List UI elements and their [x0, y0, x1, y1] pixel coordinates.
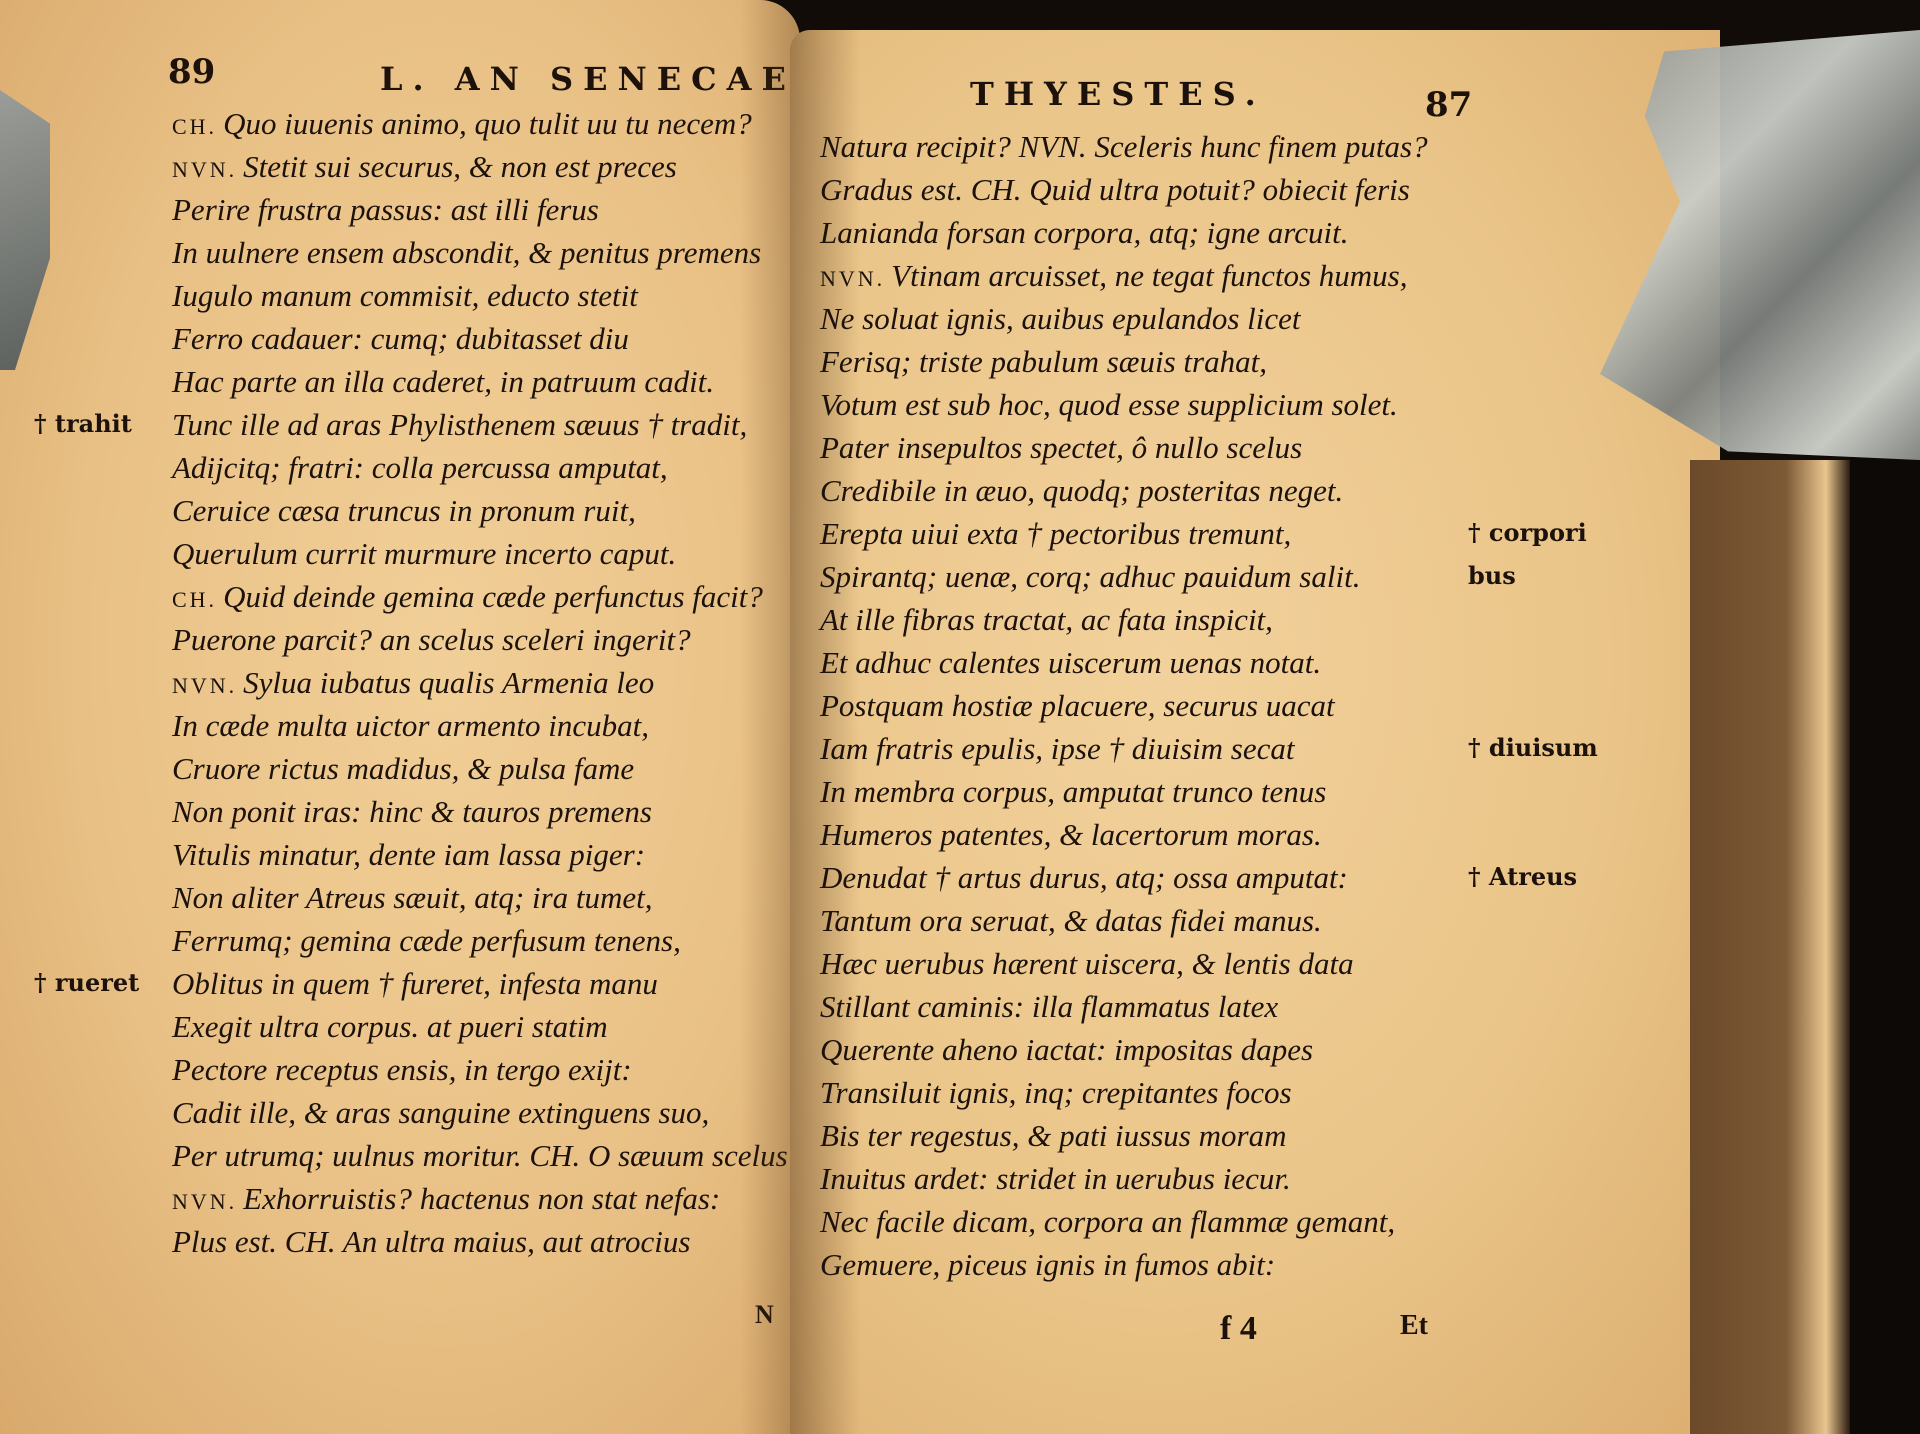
text-line: Pater insepultos spectet, ô nullo scelus [820, 426, 1428, 469]
text-line: Gemuere, piceus ignis in fumos abit: [820, 1243, 1428, 1286]
text-line: Transiluit ignis, inq; crepitantes focos [820, 1071, 1428, 1114]
text-line: Gradus est. CH. Quid ultra potuit? obiec… [820, 168, 1428, 211]
text-line: NVN.Vtinam arcuisset, ne tegat functos h… [820, 254, 1428, 297]
catchword-right: Et [1400, 1310, 1428, 1342]
line-text: In cæde multa uictor armento incubat, [172, 708, 649, 743]
line-text: Stetit sui securus, & non est preces [243, 149, 677, 184]
text-line: Ceruice cæsa truncus in pronum ruit, [172, 489, 788, 532]
text-line: Hæc uerubus hærent uiscera, & lentis dat… [820, 942, 1428, 985]
line-text: Votum est sub hoc, quod esse supplicium … [820, 387, 1398, 422]
margin-note: † trahit [34, 409, 132, 438]
line-text: Natura recipit? NVN. Sceleris hunc finem… [820, 129, 1428, 164]
text-line: CH.Quid deinde gemina cæde perfunctus fa… [172, 575, 788, 618]
speaker-label: NVN. [172, 673, 237, 698]
speaker-label: NVN. [172, 157, 237, 182]
line-text: Sylua iubatus qualis Armenia leo [243, 665, 654, 700]
line-text: Quid deinde gemina cæde perfunctus facit… [223, 579, 763, 614]
line-text: Cruore rictus madidus, & pulsa fame [172, 751, 634, 786]
text-line: Iam fratris epulis, ipse † diuisim secat [820, 727, 1428, 770]
text-line: NVN.Sylua iubatus qualis Armenia leo [172, 661, 788, 704]
text-line: Querulum currit murmure incerto caput. [172, 532, 788, 575]
text-line: Denudat † artus durus, atq; ossa amputat… [820, 856, 1428, 899]
line-text: Et adhuc calentes uiscerum uenas notat. [820, 645, 1321, 680]
line-text: Querente aheno iactat: impositas dapes [820, 1032, 1313, 1067]
text-line: Perire frustra passus: ast illi ferus [172, 188, 788, 231]
page-number-left: 89 [168, 52, 215, 92]
line-text: Erepta uiui exta † pectoribus tremunt, [820, 516, 1291, 551]
text-line: Et adhuc calentes uiscerum uenas notat. [820, 641, 1428, 684]
line-text: Inuitus ardet: stridet in uerubus iecur. [820, 1161, 1291, 1196]
text-line: Humeros patentes, & lacertorum moras. [820, 813, 1428, 856]
line-text: In membra corpus, amputat trunco tenus [820, 774, 1326, 809]
speaker-label: NVN. [820, 266, 885, 291]
book-fore-edge [1690, 460, 1850, 1434]
line-text: Humeros patentes, & lacertorum moras. [820, 817, 1322, 852]
line-text: Ceruice cæsa truncus in pronum ruit, [172, 493, 636, 528]
text-line: Ferisq; triste pabulum sæuis trahat, [820, 340, 1428, 383]
line-text: In uulnere ensem abscondit, & penitus pr… [172, 235, 761, 270]
text-line: Exegit ultra corpus. at pueri statim [172, 1005, 788, 1048]
line-text: Pater insepultos spectet, ô nullo scelus [820, 430, 1302, 465]
line-text: Exegit ultra corpus. at pueri statim [172, 1009, 608, 1044]
catchword-left: N [755, 1300, 774, 1330]
text-line: Stillant caminis: illa flammatus latex [820, 985, 1428, 1028]
line-text: Iam fratris epulis, ipse † diuisim secat [820, 731, 1294, 766]
text-line: CH.Quo iuuenis animo, quo tulit uu tu ne… [172, 102, 788, 145]
line-text: Stillant caminis: illa flammatus latex [820, 989, 1278, 1024]
line-text: Gemuere, piceus ignis in fumos abit: [820, 1247, 1275, 1282]
margin-note: † diuisum [1468, 733, 1598, 762]
text-line: At ille fibras tractat, ac fata inspicit… [820, 598, 1428, 641]
right-page-text: Natura recipit? NVN. Sceleris hunc finem… [820, 125, 1428, 1286]
line-text: Perire frustra passus: ast illi ferus [172, 192, 599, 227]
speaker-label: CH. [172, 587, 217, 612]
text-line: Postquam hostiæ placuere, securus uacat [820, 684, 1428, 727]
line-text: Ferrumq; gemina cæde perfusum tenens, [172, 923, 681, 958]
line-text: Per utrumq; uulnus moritur. CH. O sæuum … [172, 1138, 788, 1173]
text-line: Bis ter regestus, & pati iussus moram [820, 1114, 1428, 1157]
text-line: In cæde multa uictor armento incubat, [172, 704, 788, 747]
right-page: THYESTES. 87 Natura recipit? NVN. Sceler… [790, 30, 1720, 1434]
line-text: Vtinam arcuisset, ne tegat functos humus… [891, 258, 1407, 293]
line-text: Hac parte an illa caderet, in patruum ca… [172, 364, 714, 399]
running-head-left: L. AN SENECAE [380, 60, 796, 98]
text-line: In uulnere ensem abscondit, & penitus pr… [172, 231, 788, 274]
line-text: Denudat † artus durus, atq; ossa amputat… [820, 860, 1348, 895]
text-line: NVN.Exhorruistis? hactenus non stat nefa… [172, 1177, 788, 1220]
text-line: Puerone parcit? an scelus sceleri ingeri… [172, 618, 788, 661]
margin-note: bus [1468, 561, 1516, 590]
margin-note: † rueret [34, 968, 139, 997]
line-text: Gradus est. CH. Quid ultra potuit? obiec… [820, 172, 1410, 207]
line-text: Vitulis minatur, dente iam lassa piger: [172, 837, 645, 872]
text-line: Votum est sub hoc, quod esse supplicium … [820, 383, 1428, 426]
line-text: Iugulo manum commisit, educto stetit [172, 278, 638, 313]
signature-mark: f 4 [1220, 1310, 1257, 1348]
line-text: Nec facile dicam, corpora an flammæ gema… [820, 1204, 1395, 1239]
line-text: Plus est. CH. An ultra maius, aut atroci… [172, 1224, 690, 1259]
text-line: Plus est. CH. An ultra maius, aut atroci… [172, 1220, 788, 1263]
line-text: Postquam hostiæ placuere, securus uacat [820, 688, 1335, 723]
line-text: Oblitus in quem † fureret, infesta manu [172, 966, 658, 1001]
running-head-right: THYESTES. [970, 75, 1266, 113]
text-line: Ferro cadauer: cumq; dubitasset diu [172, 317, 788, 360]
line-text: Ferisq; triste pabulum sæuis trahat, [820, 344, 1267, 379]
text-line: Tantum ora seruat, & datas fidei manus. [820, 899, 1428, 942]
line-text: Credibile in æuo, quodq; posteritas nege… [820, 473, 1343, 508]
line-text: Adijcitq; fratri: colla percussa amputat… [172, 450, 668, 485]
margin-note: † Atreus [1468, 862, 1577, 891]
text-line: Ferrumq; gemina cæde perfusum tenens, [172, 919, 788, 962]
text-line: Non aliter Atreus sæuit, atq; ira tumet, [172, 876, 788, 919]
text-line: Erepta uiui exta † pectoribus tremunt, [820, 512, 1428, 555]
line-text: Exhorruistis? hactenus non stat nefas: [243, 1181, 720, 1216]
line-text: Puerone parcit? an scelus sceleri ingeri… [172, 622, 691, 657]
text-line: Natura recipit? NVN. Sceleris hunc finem… [820, 125, 1428, 168]
line-text: Tunc ille ad aras Phylisthenem sæuus † t… [172, 407, 747, 442]
book-cover [1850, 450, 1920, 1434]
line-text: Tantum ora seruat, & datas fidei manus. [820, 903, 1322, 938]
line-text: Non aliter Atreus sæuit, atq; ira tumet, [172, 880, 653, 915]
page-number-right: 87 [1425, 85, 1472, 125]
speaker-label: NVN. [172, 1189, 237, 1214]
text-line: Hac parte an illa caderet, in patruum ca… [172, 360, 788, 403]
margin-note: † corpori [1468, 518, 1587, 547]
text-line: Vitulis minatur, dente iam lassa piger: [172, 833, 788, 876]
line-text: Querulum currit murmure incerto caput. [172, 536, 676, 571]
line-text: Cadit ille, & aras sanguine extinguens s… [172, 1095, 709, 1130]
line-text: Non ponit iras: hinc & tauros premens [172, 794, 652, 829]
line-text: At ille fibras tractat, ac fata inspicit… [820, 602, 1273, 637]
text-line: Credibile in æuo, quodq; posteritas nege… [820, 469, 1428, 512]
text-line: Pectore receptus ensis, in tergo exijt: [172, 1048, 788, 1091]
text-line: Ne soluat ignis, auibus epulandos licet [820, 297, 1428, 340]
silver-bag-edge [0, 90, 50, 370]
text-line: Querente aheno iactat: impositas dapes [820, 1028, 1428, 1071]
line-text: Pectore receptus ensis, in tergo exijt: [172, 1052, 632, 1087]
left-page-text: CH.Quo iuuenis animo, quo tulit uu tu ne… [172, 102, 788, 1263]
text-line: In membra corpus, amputat trunco tenus [820, 770, 1428, 813]
text-line: Spirantq; uenæ, corq; adhuc pauidum sali… [820, 555, 1428, 598]
line-text: Hæc uerubus hærent uiscera, & lentis dat… [820, 946, 1354, 981]
text-line: Non ponit iras: hinc & tauros premens [172, 790, 788, 833]
line-text: Quo iuuenis animo, quo tulit uu tu necem… [223, 106, 752, 141]
text-line: Tunc ille ad aras Phylisthenem sæuus † t… [172, 403, 788, 446]
line-text: Ne soluat ignis, auibus epulandos licet [820, 301, 1301, 336]
line-text: Lanianda forsan corpora, atq; igne arcui… [820, 215, 1348, 250]
speaker-label: CH. [172, 114, 217, 139]
text-line: Nec facile dicam, corpora an flammæ gema… [820, 1200, 1428, 1243]
text-line: Oblitus in quem † fureret, infesta manu [172, 962, 788, 1005]
line-text: Transiluit ignis, inq; crepitantes focos [820, 1075, 1292, 1110]
line-text: Bis ter regestus, & pati iussus moram [820, 1118, 1286, 1153]
text-line: NVN.Stetit sui securus, & non est preces [172, 145, 788, 188]
text-line: Cadit ille, & aras sanguine extinguens s… [172, 1091, 788, 1134]
text-line: Per utrumq; uulnus moritur. CH. O sæuum … [172, 1134, 788, 1177]
text-line: Adijcitq; fratri: colla percussa amputat… [172, 446, 788, 489]
text-line: Iugulo manum commisit, educto stetit [172, 274, 788, 317]
line-text: Ferro cadauer: cumq; dubitasset diu [172, 321, 629, 356]
left-page: 89 L. AN SENECAE CH.Quo iuuenis animo, q… [0, 0, 800, 1434]
text-line: Cruore rictus madidus, & pulsa fame [172, 747, 788, 790]
text-line: Lanianda forsan corpora, atq; igne arcui… [820, 211, 1428, 254]
text-line: Inuitus ardet: stridet in uerubus iecur. [820, 1157, 1428, 1200]
line-text: Spirantq; uenæ, corq; adhuc pauidum sali… [820, 559, 1360, 594]
